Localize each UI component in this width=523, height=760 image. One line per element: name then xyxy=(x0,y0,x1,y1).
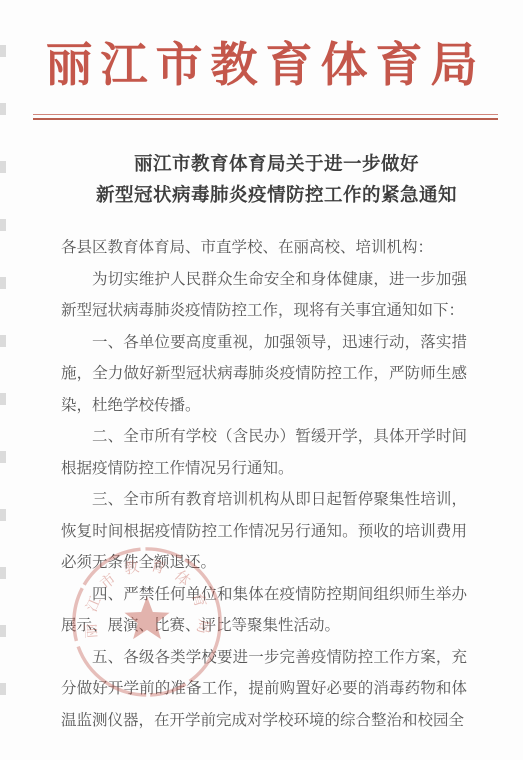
paragraph: 为切实维护人民群众生命安全和身体健康，进一步加强新型冠状病毒肺炎疫情防控工作，现… xyxy=(61,264,467,327)
document-title: 丽江市教育体育局关于进一步做好 新型冠状病毒肺炎疫情防控工作的紧急通知 xyxy=(0,150,523,212)
letterhead-title: 丽江市教育体育局 xyxy=(0,36,523,96)
document-title-line2: 新型冠状病毒肺炎疫情防控工作的紧急通知 xyxy=(30,181,523,212)
document-body: 各县区教育体育局、市直学校、在丽高校、培训机构： 为切实维护人民群众生命安全和身… xyxy=(61,232,467,736)
letterhead-divider xyxy=(33,114,498,120)
paragraph: 三、全市所有教育培训机构从即日起暂停聚集性培训，恢复时间根据疫情防控工作情况另行… xyxy=(61,484,467,579)
paragraph: 一、各单位要高度重视，加强领导，迅速行动，落实措施，全力做好新型冠状病毒肺炎疫情… xyxy=(61,327,467,422)
paragraph: 二、全市所有学校（含民办）暂缓开学，具体开学时间根据疫情防控工作情况另行通知。 xyxy=(61,421,467,484)
document-page: 丽江市教育体育局 丽江市教育体育局关于进一步做好 新型冠状病毒肺炎疫情防控工作的… xyxy=(0,0,523,760)
paragraph: 五、各级各类学校要进一步完善疫情防控工作方案，充分做好开学前的准备工作，提前购置… xyxy=(61,642,467,737)
salutation: 各县区教育体育局、市直学校、在丽高校、培训机构： xyxy=(61,232,467,264)
document-title-line1: 丽江市教育体育局关于进一步做好 xyxy=(30,150,523,181)
paragraph: 四、严禁任何单位和集体在疫情防控期间组织师生举办展示、展演、比赛、评比等聚集性活… xyxy=(61,579,467,642)
